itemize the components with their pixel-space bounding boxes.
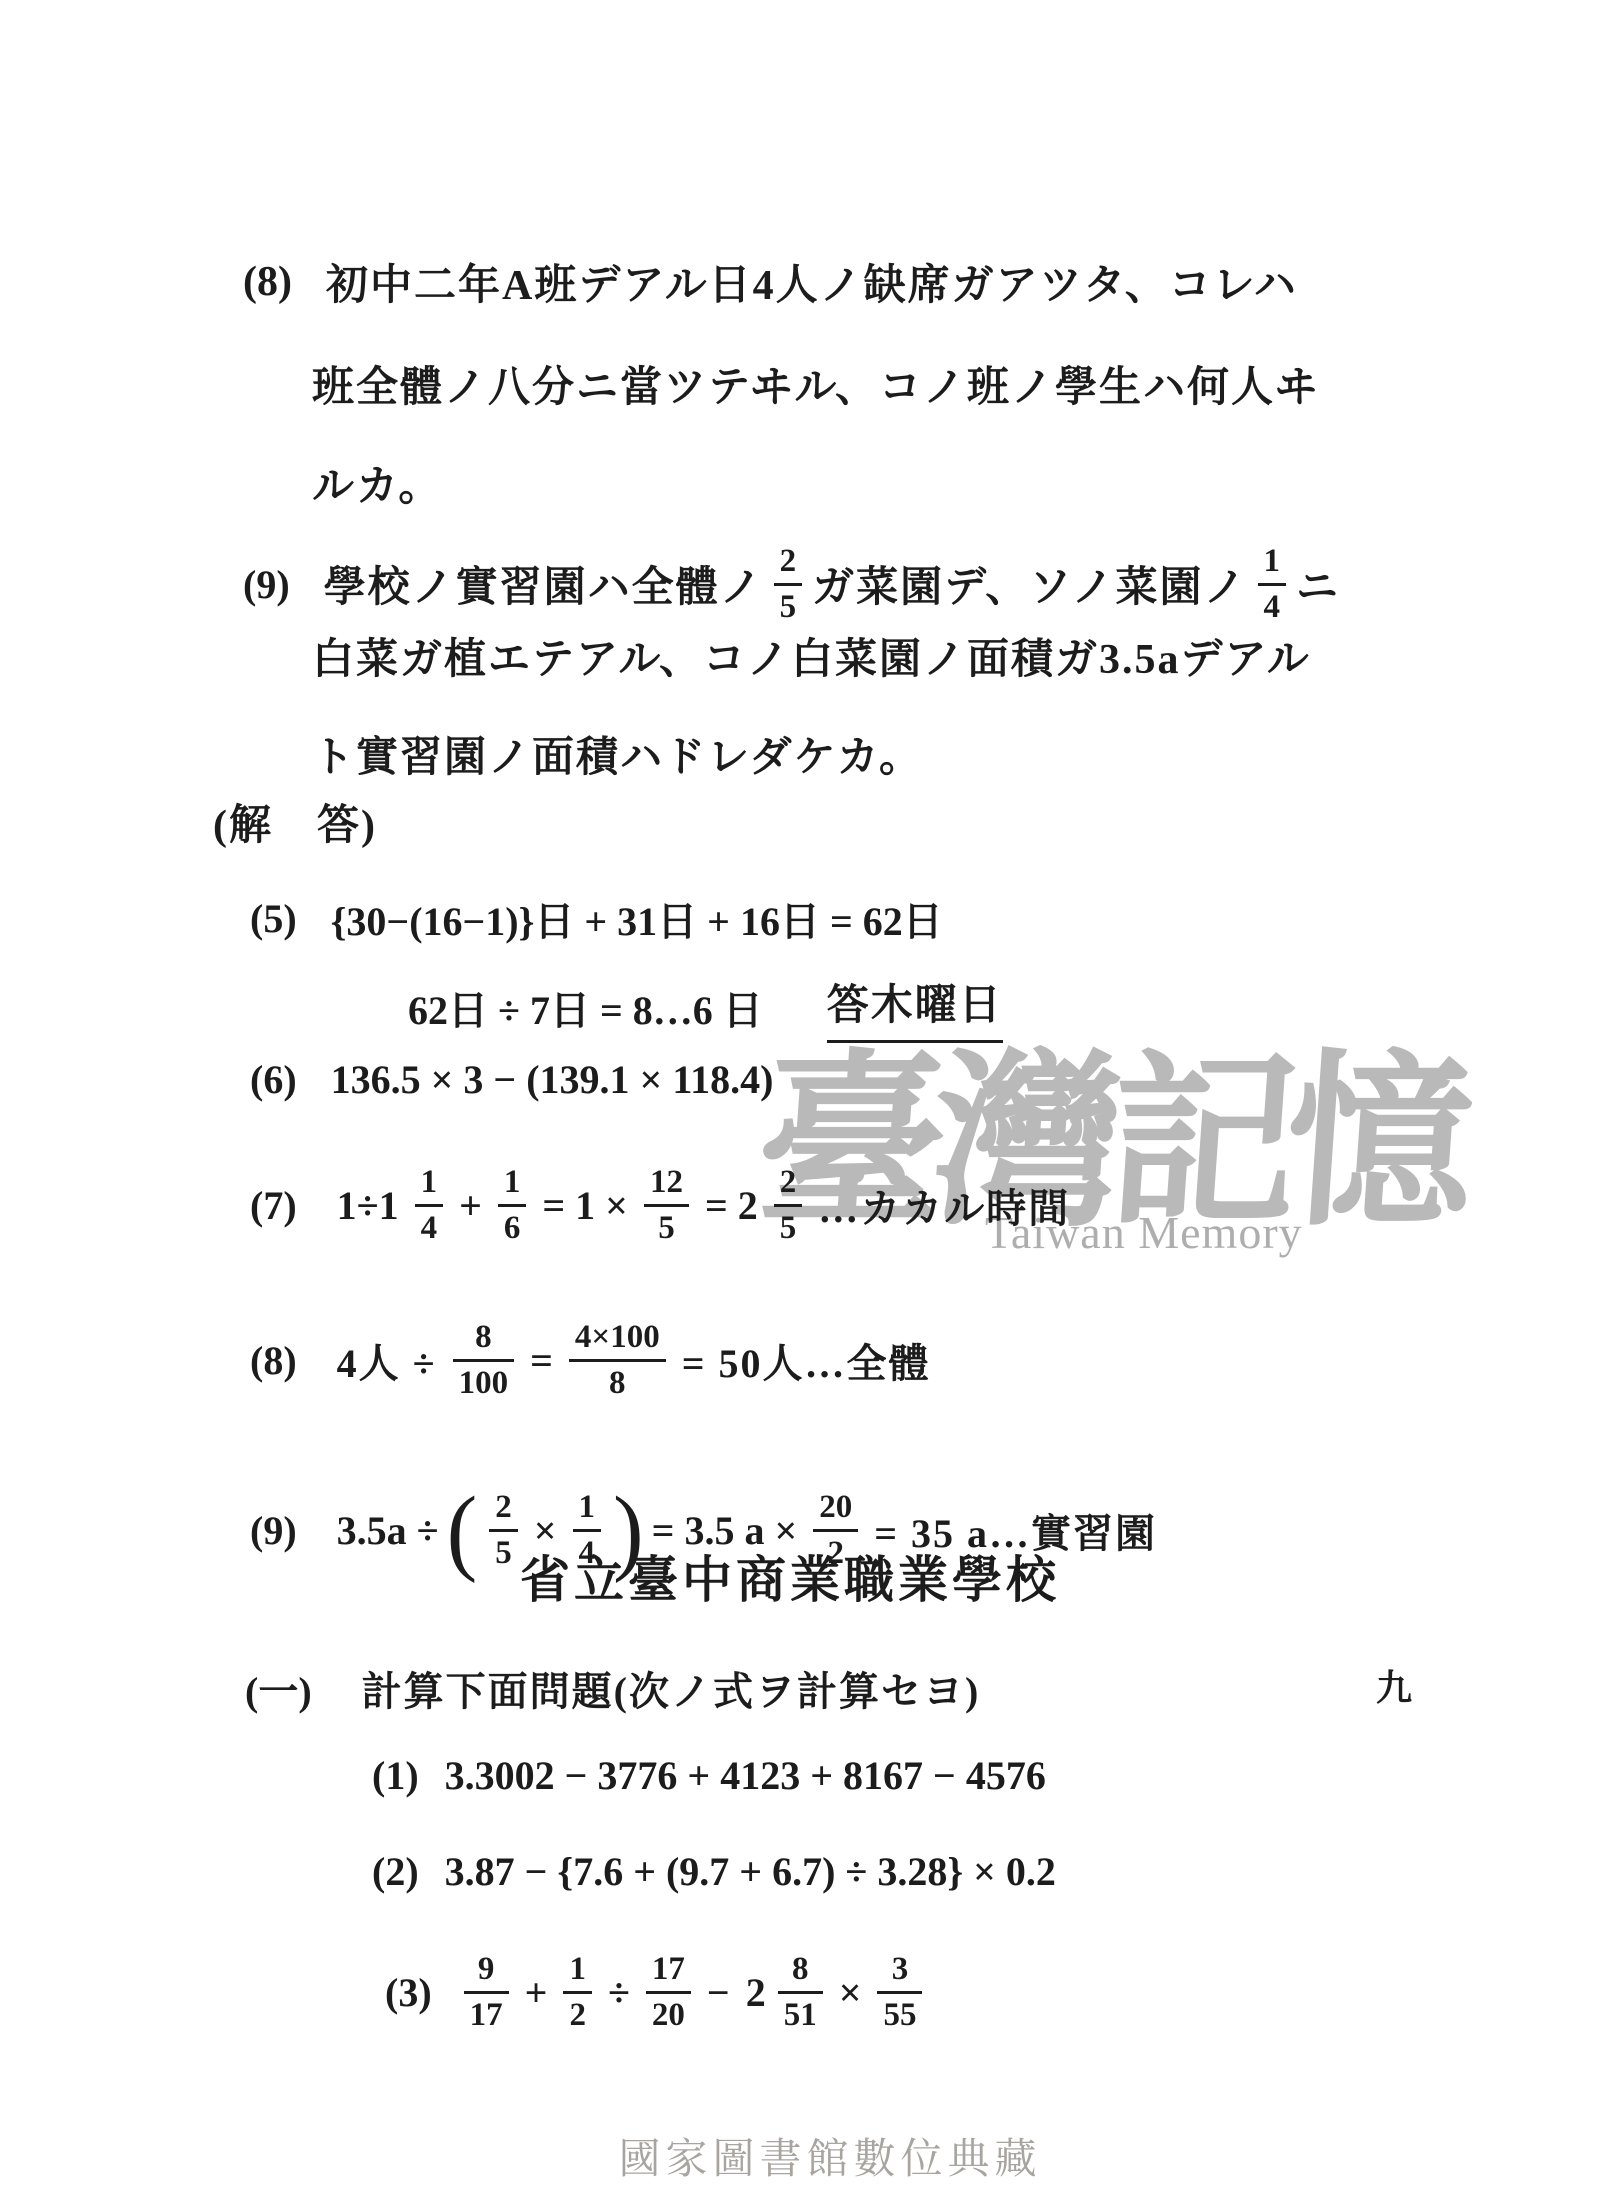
question-3-mixed-integer: 2 [746, 1969, 766, 2016]
fraction-denominator: 51 [778, 1994, 823, 2034]
fraction-denominator: 5 [774, 1207, 803, 1247]
fraction-numerator: 1 [1258, 543, 1287, 586]
answer-5-final-answer: 答木曜日 [827, 972, 1003, 1043]
problem-8-label: (8) [243, 258, 292, 306]
fraction-denominator: 4 [415, 1207, 444, 1247]
problem-8-line-3: ルカ。 [312, 453, 442, 513]
answer-8-seg-1: 4人 ÷ [337, 1332, 437, 1389]
fraction-numerator: 20 [813, 1489, 858, 1532]
fraction-1-4: 1 4 [1258, 543, 1287, 626]
fraction-2-5: 2 5 [774, 1164, 803, 1247]
problem-9-line-3: ト實習園ノ面積ハドレダケカ。 [312, 724, 923, 784]
problem-8-text-1: 初中二年A班デアル日4人ノ缺席ガアツタ、コレハ [326, 252, 1298, 312]
fraction-3-55: 3 55 [877, 1951, 922, 2034]
question-3-op-1: + [525, 1969, 548, 2016]
fraction-9-17: 9 17 [464, 1951, 509, 2034]
answer-7-line: (7) 1÷1 1 4 + 1 6 = 1 × 12 5 = 2 2 5 …カカ… [250, 1148, 1076, 1262]
section-1-row: (一) 計算下面問題(次ノ式ヲ計算セヨ) [245, 1660, 980, 1717]
problem-9-label: (9) [243, 561, 290, 608]
question-3-op-4: × [839, 1969, 862, 2016]
fraction-numerator: 17 [646, 1951, 691, 1994]
fraction-denominator: 17 [464, 1994, 509, 2034]
fraction-numerator: 2 [774, 1164, 803, 1207]
problem-8-text-2: 班全體ノ八分ニ當ツテヰル、コノ班ノ學生ハ何人ヰ [312, 354, 1319, 414]
fraction-numerator: 8 [778, 1951, 823, 1994]
problem-8-text-3: ルカ。 [312, 453, 442, 513]
fraction-numerator: 1 [573, 1489, 602, 1532]
fraction-1-6: 1 6 [498, 1164, 527, 1247]
problem-9-seg-2: ガ菜園デ、ソノ菜園ノ [812, 554, 1247, 614]
fraction-8-51: 8 51 [778, 1951, 823, 2034]
answer-6-line: (6) 136.5 × 3 − (139.1 × 118.4) [250, 1056, 773, 1103]
fraction-denominator: 6 [498, 1207, 527, 1247]
fraction-numerator: 1 [415, 1164, 444, 1207]
problem-9-text-3: ト實習園ノ面積ハドレダケカ。 [312, 724, 923, 784]
fraction-denominator: 20 [646, 1994, 691, 2034]
question-1-line: (1) 3.3002 − 3776 + 4123 + 8167 − 4576 [372, 1752, 1046, 1799]
answer-6-label: (6) [250, 1056, 297, 1103]
fraction-numerator: 12 [644, 1164, 689, 1207]
page-number: 九 [1376, 1660, 1412, 1711]
answer-8-line: (8) 4人 ÷ 8 100 = 4×100 8 = 50人…全體 [250, 1300, 937, 1420]
answer-5-expr-1: {30−(16−1)}日 + 31日 + 16日 = 62日 [331, 890, 943, 947]
fraction-1-4: 1 4 [415, 1164, 444, 1247]
answer-9-label: (9) [250, 1507, 297, 1554]
fraction-numerator: 3 [877, 1951, 922, 1994]
fraction-denominator: 4 [1258, 586, 1287, 626]
school-heading: 省立臺中商業職業學校 [520, 1540, 1060, 1612]
fraction-numerator: 2 [774, 543, 803, 586]
answer-9-seg-1: 3.5a ÷ [337, 1507, 439, 1554]
fraction-numerator: 1 [563, 1951, 592, 1994]
answer-7-seg-2: = 1 × [542, 1182, 628, 1229]
question-3-op-3: − [707, 1969, 730, 2016]
fraction-12-5: 12 5 [644, 1164, 689, 1247]
fraction-8-100: 8 100 [453, 1319, 515, 1402]
fraction-denominator: 8 [569, 1362, 666, 1402]
fraction-1-2: 1 2 [563, 1951, 592, 2034]
question-3-label: (3) [385, 1969, 432, 2016]
problem-9-seg-1: 學校ノ實習園ハ全體ノ [324, 554, 764, 614]
problem-9-line-2: 白菜ガ植エテアル、コノ白菜園ノ面積ガ3.5aデアル [312, 626, 1311, 686]
answer-5-line-2: 62日 ÷ 7日 = 8…6 日 答木曜日 [408, 972, 1003, 1043]
fraction-denominator: 5 [644, 1207, 689, 1247]
question-3-line: (3) 9 17 + 1 2 ÷ 17 20 − 2 8 51 × 3 55 [385, 1932, 932, 2052]
fraction-denominator: 5 [489, 1532, 518, 1572]
library-footer: 國家圖書館數位典藏 [618, 2126, 1041, 2186]
fraction-17-20: 17 20 [646, 1951, 691, 2034]
problem-8-line-2: 班全體ノ八分ニ當ツテヰル、コノ班ノ學生ハ何人ヰ [312, 354, 1319, 414]
answer-8-result: = 50人…全體 [682, 1332, 931, 1389]
answer-7-plus-operator: + [459, 1182, 482, 1229]
answers-header-text: (解 答) [213, 792, 377, 852]
fraction-numerator: 2 [489, 1489, 518, 1532]
fraction-denominator: 100 [453, 1362, 515, 1402]
fraction-numerator: 1 [498, 1164, 527, 1207]
section-1-title: 計算下面問題(次ノ式ヲ計算セヨ) [362, 1660, 981, 1717]
fraction-numerator: 8 [453, 1319, 515, 1362]
answer-5-label: (5) [250, 895, 297, 942]
scanned-document-page: 臺灣記憶 Taiwan Memory (8) 初中二年A班デアル日4人ノ缺席ガア… [0, 0, 1600, 2200]
fraction-denominator: 5 [774, 586, 803, 626]
question-2-line: (2) 3.87 − {7.6 + (9.7 + 6.7) ÷ 3.28} × … [372, 1848, 1056, 1895]
answers-section-header: (解 答) [213, 792, 377, 852]
question-2-label: (2) [372, 1848, 419, 1895]
fraction-4x100-8: 4×100 8 [569, 1319, 666, 1402]
problem-8-line-1: (8) 初中二年A班デアル日4人ノ缺席ガアツタ、コレハ [243, 252, 1298, 312]
answer-6-expr: 136.5 × 3 − (139.1 × 118.4) [331, 1056, 774, 1103]
question-2-expr: 3.87 − {7.6 + (9.7 + 6.7) ÷ 3.28} × 0.2 [445, 1848, 1056, 1895]
question-1-expr: 3.3002 − 3776 + 4123 + 8167 − 4576 [445, 1752, 1046, 1799]
fraction-denominator: 55 [877, 1994, 922, 2034]
answer-7-seg-3: = 2 [705, 1182, 758, 1229]
fraction-numerator: 9 [464, 1951, 509, 1994]
problem-9-seg-3: ニ [1296, 554, 1340, 614]
problem-9-line-1: (9) 學校ノ實習園ハ全體ノ 2 5 ガ菜園デ、ソノ菜園ノ 1 4 ニ [243, 528, 1340, 640]
answer-7-label: (7) [250, 1182, 297, 1229]
question-3-op-2: ÷ [608, 1969, 630, 2016]
fraction-numerator: 4×100 [569, 1319, 666, 1362]
fraction-denominator: 2 [563, 1994, 592, 2034]
answer-5-expr-2: 62日 ÷ 7日 = 8…6 日 [408, 979, 763, 1036]
section-1-label: (一) [245, 1660, 312, 1717]
answer-8-equals: = [530, 1337, 553, 1384]
answer-8-label: (8) [250, 1337, 297, 1384]
problem-9-text-2: 白菜ガ植エテアル、コノ白菜園ノ面積ガ3.5aデアル [312, 626, 1311, 686]
answer-7-seg-1: 1÷1 [337, 1182, 399, 1229]
question-1-label: (1) [372, 1752, 419, 1799]
fraction-2-5: 2 5 [774, 543, 803, 626]
answer-7-unit-note: …カカル時間 [818, 1177, 1070, 1234]
answer-5-line-1: (5) {30−(16−1)}日 + 31日 + 16日 = 62日 [250, 890, 943, 947]
fraction-2-5: 2 5 [489, 1489, 518, 1572]
